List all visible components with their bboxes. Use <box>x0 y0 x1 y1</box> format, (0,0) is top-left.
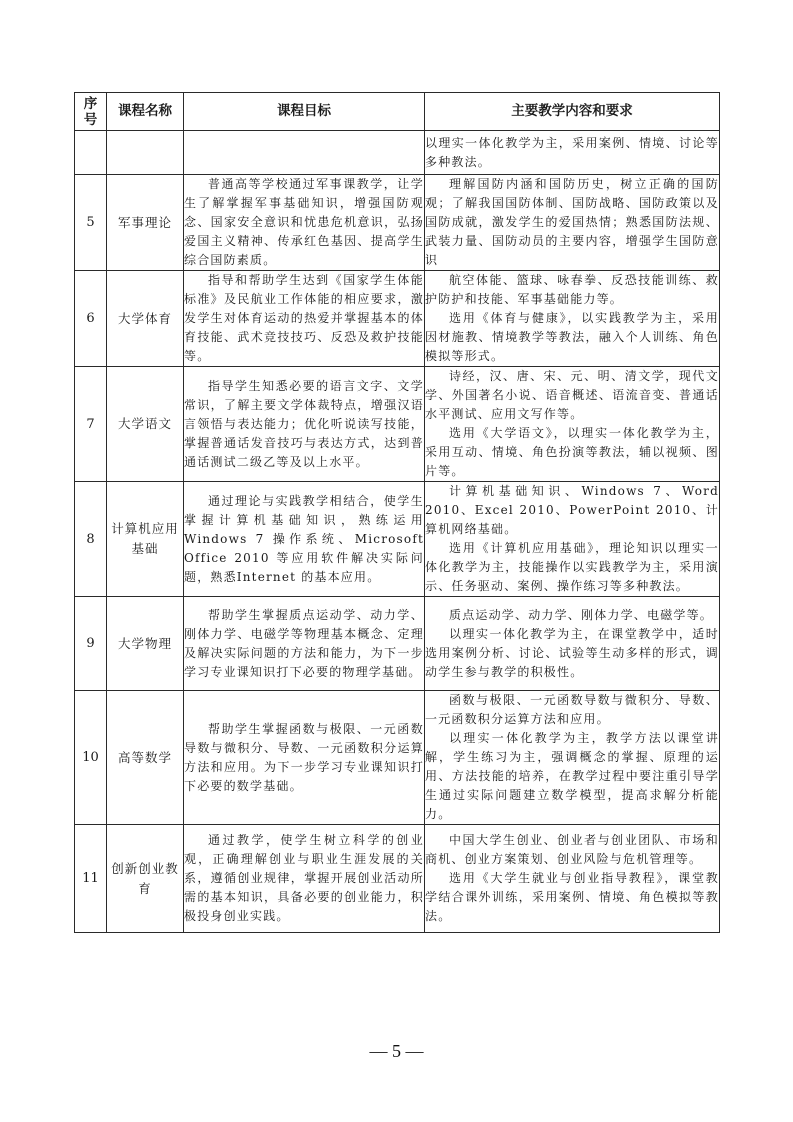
table-header-row: 序号 课程名称 课程目标 主要教学内容和要求 <box>75 93 720 131</box>
cell-content: 以理实一体化教学为主，采用案例、情境、讨论等多种教法。 <box>425 131 720 175</box>
cell-content: 函数与极限、一元函数导数与微积分、导数、一元函数积分运算方法和应用。以理实一体化… <box>425 691 720 825</box>
cell-no: 8 <box>75 482 107 597</box>
cell-course-name: 高等数学 <box>107 691 184 825</box>
objective-paragraph: 帮助学生掌握质点运动学、动力学、刚体力学、电磁学等物理基本概念、定理及解决实际问… <box>184 606 424 682</box>
table-row: 11创新创业教育通过教学，使学生树立科学的创业观，正确理解创业与职业生涯发展的关… <box>75 825 720 933</box>
cell-no: 9 <box>75 597 107 691</box>
cell-course-name <box>107 131 184 175</box>
cell-content: 中国大学生创业、创业者与创业团队、市场和商机、创业方案策划、创业风险与危机管理等… <box>425 825 720 933</box>
table-row: 5军事理论普通高等学校通过军事课教学，让学生了解掌握军事基础知识，增强国防观念、… <box>75 175 720 271</box>
document-page: 序号 课程名称 课程目标 主要教学内容和要求 以理实一体化教学为主，采用案例、情… <box>0 0 793 1122</box>
content-paragraph: 函数与极限、一元函数导数与微积分、导数、一元函数积分运算方法和应用。 <box>425 691 719 729</box>
cell-course-name: 计算机应用基础 <box>107 482 184 597</box>
cell-course-name: 军事理论 <box>107 175 184 271</box>
header-course-name: 课程名称 <box>107 93 184 131</box>
objective-paragraph: 指导学生知悉必要的语言文字、文学常识，了解主要文学体裁特点，增强汉语言领悟与表达… <box>184 377 424 472</box>
cell-objective: 帮助学生掌握质点运动学、动力学、刚体力学、电磁学等物理基本概念、定理及解决实际问… <box>184 597 425 691</box>
cell-objective: 帮助学生掌握函数与极限、一元函数导数与微积分、导数、一元函数积分运算方法和应用。… <box>184 691 425 825</box>
header-no: 序号 <box>75 93 107 131</box>
content-paragraph: 计算机基础知识、Windows 7、Word 2010、Excel 2010、P… <box>425 482 719 539</box>
objective-paragraph: 普通高等学校通过军事课教学，让学生了解掌握军事基础知识，增强国防观念、国家安全意… <box>184 175 424 270</box>
table-row-continuation: 以理实一体化教学为主，采用案例、情境、讨论等多种教法。 <box>75 131 720 175</box>
page-number: — 5 — <box>0 1041 793 1062</box>
content-paragraph: 航空体能、篮球、咏春拳、反恐技能训练、救护防护和技能、军事基础能力等。 <box>425 271 719 309</box>
cell-course-name: 创新创业教育 <box>107 825 184 933</box>
objective-paragraph: 帮助学生掌握函数与极限、一元函数导数与微积分、导数、一元函数积分运算方法和应用。… <box>184 720 424 796</box>
cell-course-name: 大学物理 <box>107 597 184 691</box>
header-course-objective: 课程目标 <box>184 93 425 131</box>
cell-objective: 指导学生知悉必要的语言文字、文学常识，了解主要文学体裁特点，增强汉语言领悟与表达… <box>184 367 425 482</box>
cell-content: 计算机基础知识、Windows 7、Word 2010、Excel 2010、P… <box>425 482 720 597</box>
header-teaching-content: 主要教学内容和要求 <box>425 93 720 131</box>
cell-no: 7 <box>75 367 107 482</box>
cell-no: 5 <box>75 175 107 271</box>
cell-content: 质点运动学、动力学、刚体力学、电磁学等。以理实一体化教学为主，在课堂教学中，适时… <box>425 597 720 691</box>
content-paragraph: 诗经，汉、唐、宋、元、明、清文学，现代文学、外国著名小说、语音概述、语流音变、普… <box>425 367 719 424</box>
content-paragraph: 质点运动学、动力学、刚体力学、电磁学等。 <box>425 606 719 625</box>
content-paragraph: 以理实一体化教学为主，采用案例、情境、讨论等多种教法。 <box>425 134 719 172</box>
cell-no: 11 <box>75 825 107 933</box>
content-paragraph: 选用《大学语文》，以理实一体化教学为主，采用互动、情境、角色扮演等教法，辅以视频… <box>425 424 719 481</box>
table-row: 6大学体育指导和帮助学生达到《国家学生体能标准》及民航业工作体能的相应要求，激发… <box>75 271 720 367</box>
cell-content: 理解国防内涵和国防历史，树立正确的国防观；了解我国国防体制、国防战略、国防政策以… <box>425 175 720 271</box>
table-row: 7大学语文指导学生知悉必要的语言文字、文学常识，了解主要文学体裁特点，增强汉语言… <box>75 367 720 482</box>
objective-paragraph: 通过理论与实践教学相结合，使学生掌握计算机基础知识，熟练运用Windows 7 … <box>184 492 424 587</box>
cell-objective <box>184 131 425 175</box>
content-paragraph: 选用《大学生就业与创业指导教程》，课堂教学结合课外训练，采用案例、情境、角色模拟… <box>425 869 719 926</box>
objective-paragraph: 通过教学，使学生树立科学的创业观，正确理解创业与职业生涯发展的关系，遵循创业规律… <box>184 831 424 926</box>
cell-objective: 通过教学，使学生树立科学的创业观，正确理解创业与职业生涯发展的关系，遵循创业规律… <box>184 825 425 933</box>
cell-no: 6 <box>75 271 107 367</box>
content-paragraph: 中国大学生创业、创业者与创业团队、市场和商机、创业方案策划、创业风险与危机管理等… <box>425 831 719 869</box>
course-table: 序号 课程名称 课程目标 主要教学内容和要求 以理实一体化教学为主，采用案例、情… <box>74 92 720 933</box>
content-paragraph: 选用《计算机应用基础》，理论知识以理实一体化教学为主，技能操作以实践教学为主，采… <box>425 539 719 596</box>
cell-no: 10 <box>75 691 107 825</box>
cell-objective: 通过理论与实践教学相结合，使学生掌握计算机基础知识，熟练运用Windows 7 … <box>184 482 425 597</box>
cell-no <box>75 131 107 175</box>
cell-content: 航空体能、篮球、咏春拳、反恐技能训练、救护防护和技能、军事基础能力等。选用《体育… <box>425 271 720 367</box>
cell-objective: 普通高等学校通过军事课教学，让学生了解掌握军事基础知识，增强国防观念、国家安全意… <box>184 175 425 271</box>
cell-course-name: 大学语文 <box>107 367 184 482</box>
cell-course-name: 大学体育 <box>107 271 184 367</box>
content-paragraph: 以理实一体化教学为主，教学方法以课堂讲解，学生练习为主，强调概念的掌握、原理的运… <box>425 729 719 824</box>
table-row: 10高等数学帮助学生掌握函数与极限、一元函数导数与微积分、导数、一元函数积分运算… <box>75 691 720 825</box>
content-paragraph: 理解国防内涵和国防历史，树立正确的国防观；了解我国国防体制、国防战略、国防政策以… <box>425 175 719 270</box>
content-paragraph: 以理实一体化教学为主，在课堂教学中，适时选用案例分析、讨论、试验等生动多样的形式… <box>425 625 719 682</box>
content-paragraph: 选用《体育与健康》，以实践教学为主，采用因材施教、情境教学等教法，融入个人训练、… <box>425 309 719 366</box>
table-row: 8计算机应用基础通过理论与实践教学相结合，使学生掌握计算机基础知识，熟练运用Wi… <box>75 482 720 597</box>
table-row: 9大学物理帮助学生掌握质点运动学、动力学、刚体力学、电磁学等物理基本概念、定理及… <box>75 597 720 691</box>
objective-paragraph: 指导和帮助学生达到《国家学生体能标准》及民航业工作体能的相应要求，激发学生对体育… <box>184 271 424 366</box>
cell-objective: 指导和帮助学生达到《国家学生体能标准》及民航业工作体能的相应要求，激发学生对体育… <box>184 271 425 367</box>
cell-content: 诗经，汉、唐、宋、元、明、清文学，现代文学、外国著名小说、语音概述、语流音变、普… <box>425 367 720 482</box>
